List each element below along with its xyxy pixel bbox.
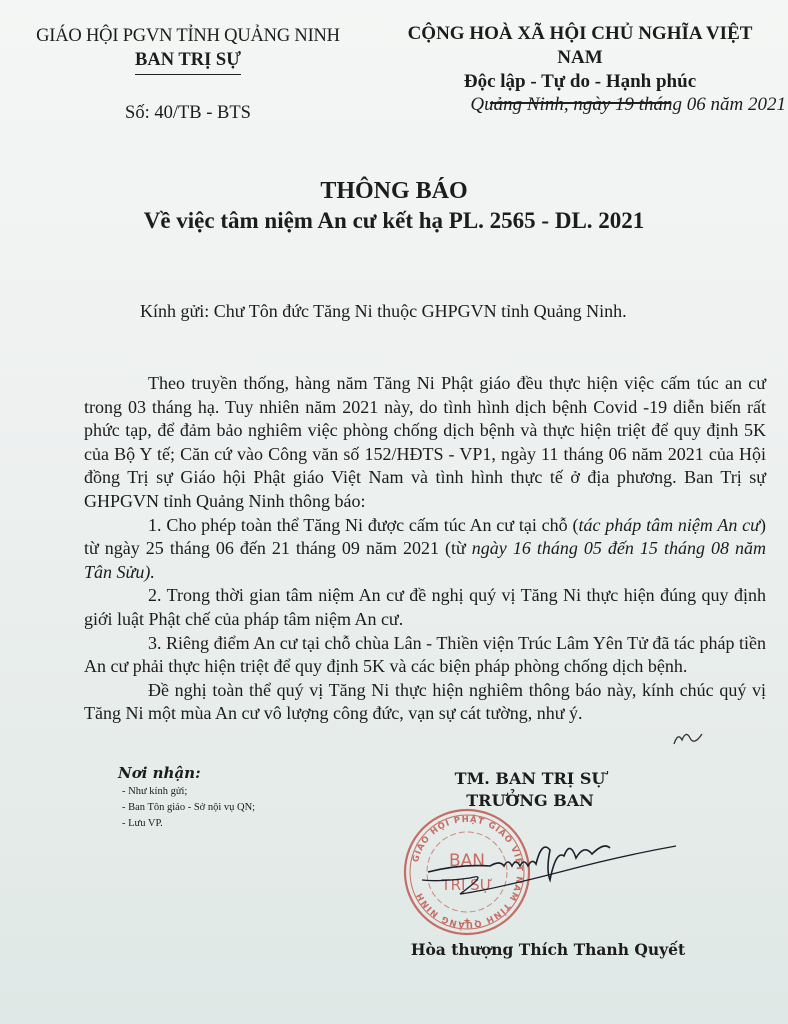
signature-icon <box>400 820 700 910</box>
national-title: CỘNG HOÀ XÃ HỘI CHỦ NGHĨA VIỆT NAM <box>384 22 776 70</box>
distribution-item: - Lưu VP. <box>122 816 255 832</box>
document-number: Số: 40/TB - BTS <box>18 101 358 125</box>
svg-text:★: ★ <box>463 916 471 926</box>
signer-name: Hòa thượng Thích Thanh Quyết <box>398 940 698 959</box>
document-title-block: THÔNG BÁO Về việc tâm niệm An cư kết hạ … <box>0 176 788 236</box>
distribution-item: - Ban Tôn giáo - Sở nội vụ QN; <box>122 800 255 816</box>
board-name: BAN TRỊ SỰ <box>135 48 241 75</box>
issuer-header: GIÁO HỘI PGVN TỈNH QUẢNG NINH BAN TRỊ SỰ… <box>18 24 358 125</box>
place-date: Quảng Ninh, ngày 19 tháng 06 năm 2021 <box>430 94 786 116</box>
closing-paragraph: Đề nghị toàn thể quý vị Tăng Ni thực hiệ… <box>84 679 766 726</box>
document-body: Theo truyền thống, hàng năm Tăng Ni Phật… <box>84 372 766 726</box>
document-subject: Về việc tâm niệm An cư kết hạ PL. 2565 -… <box>0 206 788 236</box>
signature-title: TM. BAN TRỊ SỰ TRƯỞNG BAN <box>440 768 620 812</box>
intro-paragraph: Theo truyền thống, hàng năm Tăng Ni Phật… <box>84 372 766 514</box>
item-2: 2. Trong thời gian tâm niệm An cư đề ngh… <box>84 584 766 631</box>
item-1: 1. Cho phép toàn thể Tăng Ni được cấm tú… <box>84 514 766 585</box>
item-3: 3. Riêng điểm An cư tại chỗ chùa Lân - T… <box>84 632 766 679</box>
national-header: CỘNG HOÀ XÃ HỘI CHỦ NGHĨA VIỆT NAM Độc l… <box>384 22 776 104</box>
distribution-item: - Như kính gửi; <box>122 784 255 800</box>
organization-name: GIÁO HỘI PGVN TỈNH QUẢNG NINH <box>18 24 358 48</box>
initial-mark-icon <box>668 722 708 752</box>
on-behalf-label: TM. BAN TRỊ SỰ <box>440 768 620 790</box>
national-motto: Độc lập - Tự do - Hạnh phúc <box>384 70 776 94</box>
distribution-list: Nơi nhận: - Như kính gửi; - Ban Tôn giáo… <box>118 764 255 832</box>
recipient-line: Kính gửi: Chư Tôn đức Tăng Ni thuộc GHPG… <box>140 301 627 322</box>
document-title: THÔNG BÁO <box>0 176 788 206</box>
distribution-label: Nơi nhận: <box>118 764 255 782</box>
